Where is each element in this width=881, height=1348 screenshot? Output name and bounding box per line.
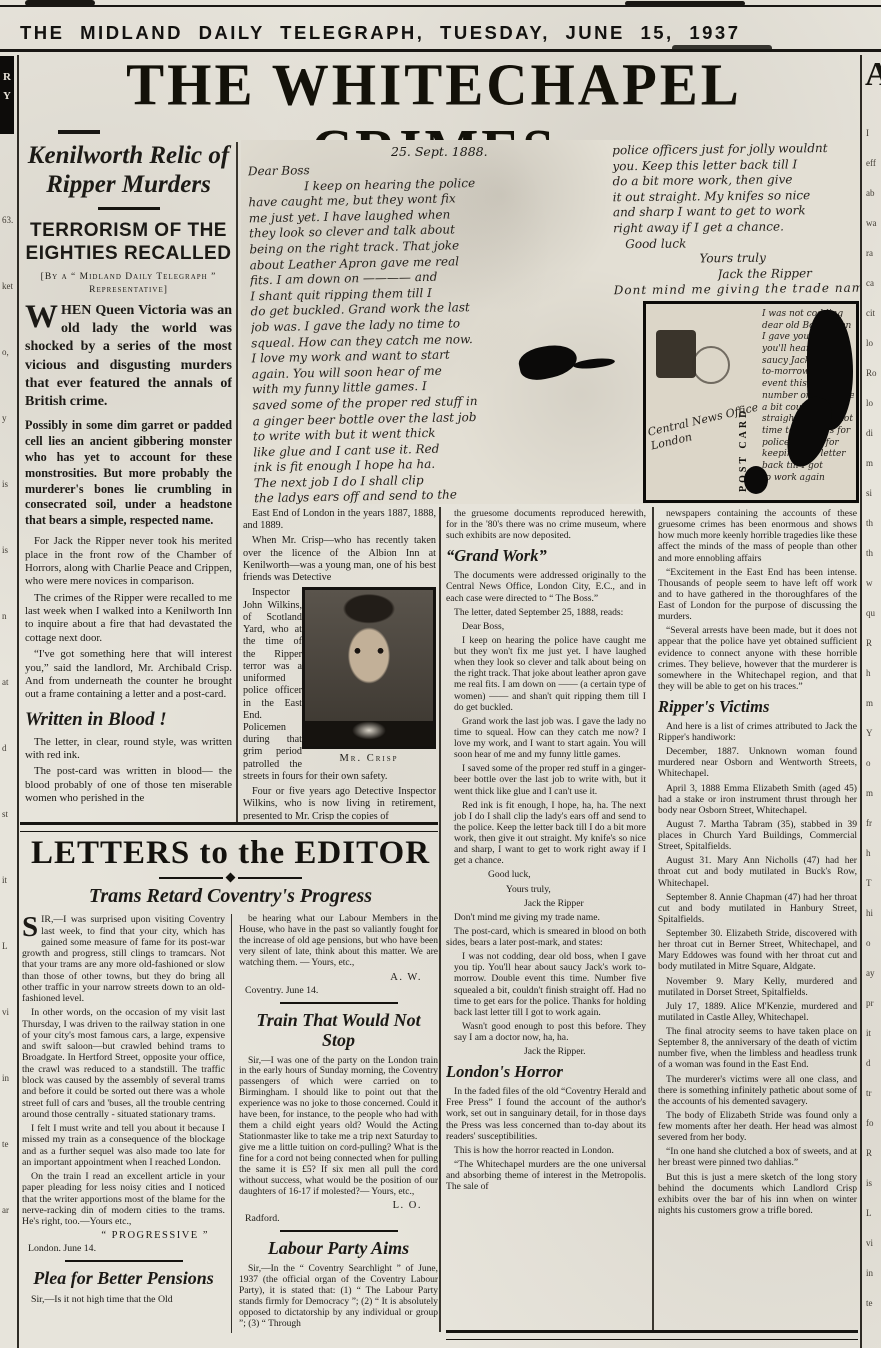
letters-banner: LETTERS to the EDITOR bbox=[22, 835, 439, 871]
text-line: I saved some of the proper red stuff in … bbox=[454, 763, 646, 796]
text-line: I bbox=[866, 128, 877, 138]
text-line: R bbox=[0, 68, 14, 87]
text-line: te bbox=[2, 1139, 13, 1149]
text-line: September 30. Elizabeth Stride, discover… bbox=[658, 928, 857, 973]
text-line: si bbox=[866, 488, 877, 498]
text-line: In the faded files of the old “Coventry … bbox=[446, 1086, 646, 1142]
headline-dash bbox=[58, 130, 100, 134]
column-east-end: East End of London in the years 1887, 18… bbox=[243, 508, 436, 820]
train-letter-body: Sir,—I was one of the party on the Londo… bbox=[239, 1056, 438, 1198]
text-line: at bbox=[2, 677, 13, 687]
text-line: hi bbox=[866, 908, 877, 918]
trams-letter-body: SIR,—I was surprised upon visiting Coven… bbox=[22, 914, 225, 1227]
letter-title-pensions: Plea for Better Pensions bbox=[22, 1269, 225, 1289]
crosshead-grand-work: “Grand Work” bbox=[446, 547, 646, 566]
ornament-divider bbox=[22, 874, 439, 881]
text-line: East End of London in the years 1887, 18… bbox=[243, 508, 436, 532]
crosshead-written-in-blood: Written in Blood ! bbox=[25, 710, 232, 731]
text-line: November 9. Mary Kelly, murdered and mut… bbox=[658, 976, 857, 998]
text-line: Jack the Ripper bbox=[717, 265, 859, 282]
text-line: be hearing what our Labour Members in th… bbox=[239, 914, 438, 969]
letter-title-train: Train That Would Not Stop bbox=[239, 1011, 438, 1051]
text-line: ca bbox=[866, 278, 877, 288]
text-line: n bbox=[2, 611, 13, 621]
text-line: vi bbox=[2, 1007, 13, 1017]
text-line: Red ink is fit enough, I hope, ha, ha. T… bbox=[454, 800, 646, 867]
col-rule-2 bbox=[439, 507, 441, 1332]
trams-letter-continued: be hearing what our Labour Members in th… bbox=[239, 914, 438, 969]
text-line: R bbox=[866, 638, 877, 648]
text-line: is bbox=[866, 1178, 877, 1188]
text-line: eff bbox=[866, 158, 877, 168]
blood-blot bbox=[744, 466, 768, 494]
top-rule bbox=[0, 5, 881, 7]
mr-crisp-portrait bbox=[302, 587, 436, 749]
text-line: qu bbox=[866, 608, 877, 618]
edge-fragment-list: 63.keto,yisisnatdstitLviintear bbox=[2, 215, 13, 1271]
text-line: The documents were addressed originally … bbox=[446, 570, 646, 603]
text-line: The crimes of the Ripper were recalled t… bbox=[25, 592, 232, 646]
postcard-photo: POST CARD Central News Office London I w… bbox=[643, 301, 859, 503]
text-line: Don't mind me giving my trade name. bbox=[446, 912, 646, 923]
text-line: newspapers containing the accounts of th… bbox=[658, 508, 857, 564]
signature: “ PROGRESSIVE ” bbox=[22, 1230, 209, 1241]
crosshead-rippers-victims: Ripper's Victims bbox=[658, 698, 857, 717]
text-line: “The Whitechapel murders are the one uni… bbox=[446, 1159, 646, 1192]
text-line: o bbox=[866, 938, 877, 948]
divider-rule bbox=[280, 1002, 398, 1004]
text-line: In other words, on the occasion of my vi… bbox=[22, 1007, 225, 1120]
victims-list: And here is a list of crimes attributed … bbox=[658, 721, 857, 1216]
crosshead-londons-horror: London's Horror bbox=[446, 1063, 646, 1082]
signature-place: Radford. bbox=[245, 1213, 438, 1224]
text-line: Yours truly bbox=[699, 250, 859, 267]
signature-place: Coventry. June 14. bbox=[245, 985, 438, 996]
text-line: Dont mind me giving the trade name bbox=[614, 281, 860, 299]
text-line: R bbox=[866, 1148, 877, 1158]
text-line: ab bbox=[866, 188, 877, 198]
text-line: m bbox=[866, 458, 877, 468]
text-line: it bbox=[2, 875, 13, 885]
text-line: I keep on hearing the police have caught… bbox=[454, 635, 646, 713]
text-line: The post-card, which is smeared in blood… bbox=[446, 926, 646, 948]
text-line: m bbox=[866, 788, 877, 798]
top-smudge bbox=[625, 1, 745, 6]
text-line: tr bbox=[866, 1088, 877, 1098]
article-headline: Kenilworth Relic of Ripper Murders bbox=[25, 142, 232, 199]
text-line: in bbox=[866, 1268, 877, 1278]
text-line: The final atrocity seems to have taken p… bbox=[658, 1026, 857, 1071]
text-line: w bbox=[866, 578, 877, 588]
text-line: August 31. Mary Ann Nicholls (47) had he… bbox=[658, 855, 857, 888]
signature: A. W. bbox=[239, 972, 422, 983]
diamond-icon bbox=[226, 873, 236, 883]
text-line: December, 1887. Unknown woman found murd… bbox=[658, 746, 857, 779]
text-line: h bbox=[866, 668, 877, 678]
text-line: Ro bbox=[866, 368, 877, 378]
letter-signature: Good luck,Yours truly,Jack the Ripper bbox=[446, 869, 646, 908]
text-line: August 7. Martha Tabram (35), stabbed in… bbox=[658, 819, 857, 852]
text-line: Jack the Ripper bbox=[516, 898, 646, 909]
text-line: h bbox=[866, 848, 877, 858]
letter-title-labour: Labour Party Aims bbox=[239, 1239, 438, 1259]
text-line: ay bbox=[866, 968, 877, 978]
paragraphs: East End of London in the years 1887, 18… bbox=[243, 508, 436, 584]
text-line: st bbox=[2, 809, 13, 819]
text-line: the gruesome documents reproduced herewi… bbox=[446, 508, 646, 541]
text-line: L bbox=[866, 1208, 877, 1218]
text-line: di bbox=[866, 428, 877, 438]
text-line: “I've got something here that will inter… bbox=[25, 648, 232, 702]
text-line: it bbox=[866, 1028, 877, 1038]
text-line: vi bbox=[866, 1238, 877, 1248]
letter-right-page: police officers just for jolly wouldntyo… bbox=[612, 141, 860, 300]
text-line: lo bbox=[866, 398, 877, 408]
text-line: cit bbox=[866, 308, 877, 318]
letter-title-trams: Trams Retard Coventry's Progress bbox=[22, 885, 439, 907]
text-line: The body of Elizabeth Stride was found o… bbox=[658, 1110, 857, 1143]
body-paragraphs: For Jack the Ripper never took his merit… bbox=[25, 535, 232, 702]
text-line: L bbox=[2, 941, 13, 951]
article-subheadline: TERRORISM OF THE EIGHTIES RECALLED bbox=[25, 219, 232, 265]
text-line: I was not codding, dear old boss, when I… bbox=[454, 951, 646, 1018]
text-line: April 3, 1888 Emma Elizabeth Smith (aged… bbox=[658, 783, 857, 816]
signature-place: London. June 14. bbox=[28, 1243, 225, 1254]
text-line: Sir,—In the “ Coventry Searchlight ” of … bbox=[239, 1264, 438, 1330]
text-line: Y bbox=[866, 728, 877, 738]
emphasis-paragraph: Possibly in some dim garret or padded ce… bbox=[25, 418, 232, 529]
signature: L. O. bbox=[239, 1200, 422, 1211]
text-line: September 8. Annie Chapman (47) had her … bbox=[658, 892, 857, 925]
crisp-photo-figure: Mr. Crisp bbox=[302, 587, 436, 764]
text-line: I felt I must write and tell you about i… bbox=[22, 1123, 225, 1168]
text-line: T bbox=[866, 878, 877, 888]
text-line: y bbox=[2, 413, 13, 423]
letter-left-page: Dear BossI keep on hearing the policehav… bbox=[248, 158, 603, 508]
text-line: lo bbox=[866, 338, 877, 348]
paragraphs: The documents were addressed originally … bbox=[446, 570, 646, 618]
text-line: th bbox=[866, 518, 877, 528]
text-line: This is how the horror reacted in London… bbox=[446, 1145, 646, 1156]
pensions-letter-body: Sir,—Is it not high time that the Old bbox=[22, 1294, 225, 1305]
labour-letter-body: Sir,—In the “ Coventry Searchlight ” of … bbox=[239, 1264, 438, 1330]
intro: the gruesome documents reproduced herewi… bbox=[446, 508, 646, 541]
text-line: On the train I read an excellent article… bbox=[22, 1171, 225, 1227]
text-line: wa bbox=[866, 218, 877, 228]
text-line: When Mr. Crisp—who has recently taken ov… bbox=[243, 535, 436, 584]
text-line: to work again bbox=[762, 473, 854, 485]
body-paragraphs-2: The letter, in clear, round style, was w… bbox=[25, 736, 232, 806]
byline: [By a “ Midland Daily Telegraph ” Repres… bbox=[25, 271, 232, 296]
text-line: o bbox=[866, 758, 877, 768]
postcard-quote: I was not codding, dear old boss, when I… bbox=[446, 951, 646, 1043]
col-rule-1 bbox=[236, 142, 238, 822]
postcard-signature: Jack the Ripper. bbox=[524, 1046, 646, 1057]
lead-paragraph: WHEN Queen Victoria was an old lady the … bbox=[25, 302, 232, 411]
column-grand-work: the gruesome documents reproduced herewi… bbox=[446, 508, 646, 1330]
text-line: fr bbox=[866, 818, 877, 828]
letters-columns: SIR,—I was surprised upon visiting Coven… bbox=[22, 914, 439, 1333]
divider-rule bbox=[98, 207, 160, 210]
text-line: SIR,—I was surprised upon visiting Coven… bbox=[22, 914, 225, 1004]
ornament-line bbox=[159, 877, 223, 879]
masthead-smudge bbox=[672, 45, 772, 52]
text-line: Good luck, bbox=[480, 869, 646, 880]
text-line: July 17, 1889. Alice M'Kenzie, murdered … bbox=[658, 1001, 857, 1023]
text-line: d bbox=[2, 743, 13, 753]
edge-black-block: RY bbox=[0, 56, 14, 134]
article-kenilworth: Kenilworth Relic of Ripper Murders TERRO… bbox=[25, 142, 232, 820]
left-box-rule bbox=[17, 55, 19, 1348]
right-box-rule bbox=[860, 55, 862, 1348]
ornament-line bbox=[238, 877, 302, 879]
text-line: pr bbox=[866, 998, 877, 1008]
ripper-letter-photo: 25. Sept. 1888. Dear BossI keep on heari… bbox=[241, 140, 859, 504]
letter-date: 25. Sept. 1888. bbox=[391, 144, 488, 159]
paragraphs: Don't mind me giving my trade name.The p… bbox=[446, 912, 646, 948]
text-line: police officers just for jolly wouldnt bbox=[612, 141, 858, 159]
top-left-smudge bbox=[25, 0, 95, 6]
letter-quote: Dear Boss,I keep on hearing the police h… bbox=[446, 621, 646, 867]
left-edge-fragments: RY 63.keto,yisisnatdstitLviintear bbox=[0, 0, 16, 1348]
text-line: th bbox=[866, 548, 877, 558]
divider-rule bbox=[280, 1230, 398, 1232]
postmark-icon bbox=[692, 346, 730, 384]
masthead-title: THE MIDLAND DAILY TELEGRAPH, TUESDAY, JU… bbox=[20, 22, 740, 44]
letters-to-editor-section: LETTERS to the EDITOR Trams Retard Coven… bbox=[22, 830, 439, 1348]
text-line: The letter, in clear, round style, was w… bbox=[25, 736, 232, 763]
text-line: fo bbox=[866, 1118, 877, 1128]
column-rippers-victims: newspapers containing the accounts of th… bbox=[658, 508, 857, 1308]
text-line: “Excitement in the East End has been int… bbox=[658, 567, 857, 623]
text-line: Grand work the last job was. I gave the … bbox=[454, 716, 646, 761]
text-line: The letter, dated September 25, 1888, re… bbox=[446, 607, 646, 618]
text-line: Dear Boss, bbox=[454, 621, 646, 632]
letters-column-left: SIR,—I was surprised upon visiting Coven… bbox=[22, 914, 232, 1333]
text-line: is bbox=[2, 545, 13, 555]
paragraphs: In the faded files of the old “Coventry … bbox=[446, 1086, 646, 1192]
text-line: Wasn't good enough to post this before. … bbox=[454, 1021, 646, 1043]
text-line: But this is just a mere sketch of the lo… bbox=[658, 1172, 857, 1217]
text-line: “In one hand she clutched a box of sweet… bbox=[658, 1146, 857, 1168]
text-line: ket bbox=[2, 281, 13, 291]
edge-large-letter: A bbox=[865, 56, 881, 94]
right-edge-fragments: A IeffabwaracacitloRolodimsiththwquRhmYo… bbox=[864, 0, 881, 1348]
postage-stamp bbox=[656, 330, 696, 378]
bottom-rule bbox=[446, 1330, 858, 1340]
text-line: Yours truly, bbox=[498, 884, 646, 895]
text-line: The post-card was written in blood— the … bbox=[25, 765, 232, 805]
text-line: And here is a list of crimes attributed … bbox=[658, 721, 857, 743]
photo-caption: Mr. Crisp bbox=[302, 753, 436, 764]
postcard-address: Central News Office London bbox=[646, 399, 771, 453]
text-line: Sir,—I was one of the party on the Londo… bbox=[239, 1056, 438, 1198]
text-line: The murderer's victims were all one clas… bbox=[658, 1074, 857, 1107]
text-line: m bbox=[866, 698, 877, 708]
text-line: te bbox=[866, 1298, 877, 1308]
text-line: o, bbox=[2, 347, 13, 357]
text-line: ra bbox=[866, 248, 877, 258]
paragraphs: newspapers containing the accounts of th… bbox=[658, 508, 857, 692]
letters-column-right: be hearing what our Labour Members in th… bbox=[232, 914, 438, 1333]
postcard-label: POST CARD bbox=[738, 310, 749, 492]
text-line: For Jack the Ripper never took his merit… bbox=[25, 535, 232, 589]
text-line: 63. bbox=[2, 215, 13, 225]
text-line: Y bbox=[0, 87, 14, 106]
text-line: d bbox=[866, 1058, 877, 1068]
divider-rule bbox=[65, 1260, 183, 1262]
col-rule-3 bbox=[652, 507, 654, 1332]
text-line: Four or five years ago Detective Inspect… bbox=[243, 786, 436, 820]
edge-fragment-list: IeffabwaracacitloRolodimsiththwquRhmYomf… bbox=[866, 128, 877, 1328]
text-line: is bbox=[2, 479, 13, 489]
newspaper-page: THE MIDLAND DAILY TELEGRAPH, TUESDAY, JU… bbox=[0, 0, 881, 1348]
text-line: in bbox=[2, 1073, 13, 1083]
text-line: ar bbox=[2, 1205, 13, 1215]
text-line: “Several arrests have been made, but it … bbox=[658, 625, 857, 692]
